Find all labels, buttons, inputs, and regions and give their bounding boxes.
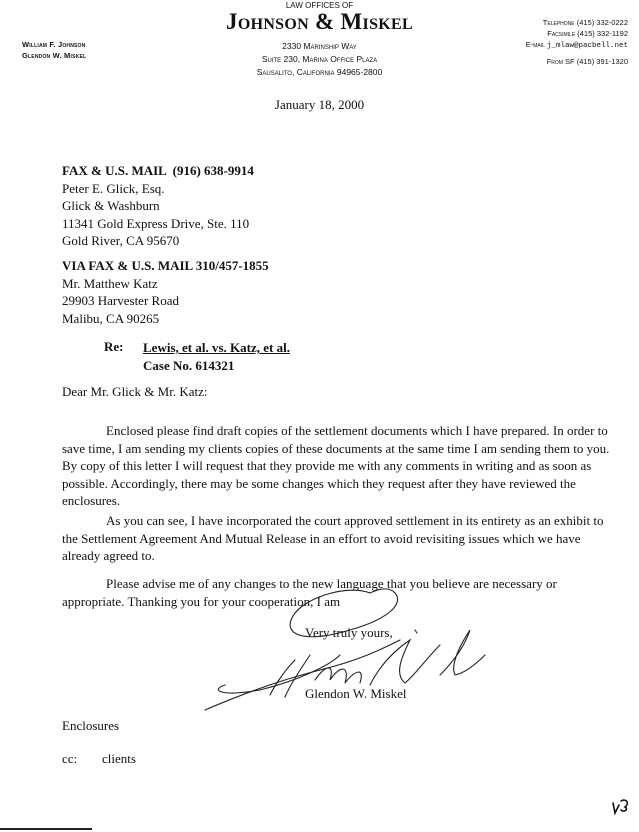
from-sf-label: From SF — [547, 57, 575, 66]
body-paragraph: As you can see, I have incorporated the … — [62, 512, 622, 565]
scan-edge-line — [0, 828, 92, 830]
recipient-line: 29903 Harvester Road — [62, 292, 269, 310]
body-paragraph: Enclosed please find draft copies of the… — [62, 422, 622, 510]
recipient-line: Peter E. Glick, Esq. — [62, 180, 254, 198]
recipient-line: 11341 Gold Express Drive, Ste. 110 — [62, 215, 254, 233]
recipient-line: Gold River, CA 95670 — [62, 232, 254, 250]
enclosures-note: Enclosures — [62, 718, 119, 734]
handwritten-mark-icon — [610, 795, 632, 817]
facsimile-number: (415) 332-1192 — [577, 29, 628, 38]
firm-contact: Telephone (415) 332-0222 Facsimile (415)… — [478, 17, 628, 67]
delivery-method: VIA FAX & U.S. MAIL 310/457-1855 — [62, 257, 269, 275]
from-sf-line: From SF (415) 391-1320 — [478, 56, 628, 67]
telephone-line: Telephone (415) 332-0222 — [478, 17, 628, 28]
cc-recipients: clients — [102, 751, 136, 767]
recipient-line: Mr. Matthew Katz — [62, 275, 269, 293]
re-label: Re: — [104, 339, 124, 355]
email-label: E-mail — [526, 40, 545, 49]
recipient-line: Glick & Washburn — [62, 197, 254, 215]
delivery-method: FAX & U.S. MAIL (916) 638-9914 — [62, 162, 254, 180]
from-sf-number: (415) 391-1320 — [577, 57, 628, 66]
telephone-number: (415) 332-0222 — [577, 18, 628, 27]
cc-label: cc: — [62, 751, 77, 767]
re-block: Lewis, et al. vs. Katz, et al. Case No. … — [143, 339, 290, 374]
recipient-line: Malibu, CA 90265 — [62, 310, 269, 328]
recipient-block: VIA FAX & U.S. MAIL 310/457-1855 Mr. Mat… — [62, 257, 269, 327]
telephone-label: Telephone — [543, 18, 575, 27]
facsimile-label: Facsimile — [547, 29, 575, 38]
facsimile-line: Facsimile (415) 332-1192 — [478, 28, 628, 39]
email-line: E-mail j_mlaw@pacbell.net — [478, 39, 628, 52]
case-title: Lewis, et al. vs. Katz, et al. — [143, 339, 290, 357]
recipient-block: FAX & U.S. MAIL (916) 638-9914 Peter E. … — [62, 162, 254, 250]
salutation: Dear Mr. Glick & Mr. Katz: — [62, 384, 208, 400]
email-address: j_mlaw@pacbell.net — [547, 42, 628, 50]
address-line: Sausalito, California 94965-2800 — [0, 66, 639, 79]
signer-name: Glendon W. Miskel — [305, 686, 406, 702]
case-number: Case No. 614321 — [143, 357, 290, 375]
letter-date: January 18, 2000 — [0, 97, 639, 113]
